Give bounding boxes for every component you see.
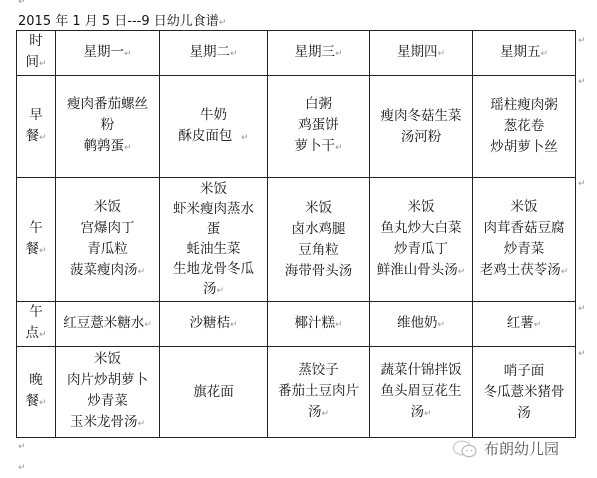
header-row: 时 间↵ 星期一↵ 星期二↵ 星期三↵ 星期四↵ 星期五↵	[17, 31, 576, 76]
header-day-friday: 星期五↵	[473, 31, 576, 76]
slot-label-breakfast: 早 餐↵	[17, 76, 56, 178]
title-text: 2015 年 1 月 5 日---9 日幼儿食谱	[18, 14, 219, 29]
page-title: 2015 年 1 月 5 日---9 日幼儿食谱↵	[18, 10, 226, 29]
meal-cell: 米饭 宫爆肉丁 青瓜粒 菠菜瘦肉汤↵	[56, 178, 160, 302]
meal-cell: 米饭 鱼丸炒大白菜 炒青瓜丁 鲜淮山骨头汤↵	[370, 178, 473, 302]
meal-cell: 蔬菜什锦拌饭 鱼头眉豆花生 汤↵	[370, 347, 473, 438]
watermark-text: 布朗幼儿园	[484, 438, 559, 459]
menu-table: 时 间↵ 星期一↵ 星期二↵ 星期三↵ 星期四↵ 星期五↵ 早 餐↵ 瘦肉番茄螺…	[16, 30, 576, 438]
breakfast-row: 早 餐↵ 瘦肉番茄螺丝 粉 鹌鹑蛋↵ 牛奶 酥皮面包 ↵ 白粥 鸡蛋饼 萝卜干↵…	[17, 76, 576, 178]
header-time-cell: 时 间↵	[17, 31, 56, 76]
header-day-thursday: 星期四↵	[370, 31, 473, 76]
meal-cell: 维他奶↵	[370, 302, 473, 347]
meal-cell: 瑶柱瘦肉粥 葱花卷 炒胡萝卜丝	[473, 76, 576, 178]
meal-cell: 瘦肉番茄螺丝 粉 鹌鹑蛋↵	[56, 76, 160, 178]
meal-cell: 红薯↵	[473, 302, 576, 347]
row-end-mark: ↵	[578, 179, 586, 189]
cell-line: 时	[19, 31, 53, 52]
row-end-mark: ↵	[578, 304, 586, 314]
meal-cell: 瘦肉冬菇生菜 汤河粉	[370, 76, 473, 178]
dinner-row: 晚 餐↵ 米饭 肉片炒胡萝卜 炒青菜 玉米龙骨汤↵ 旗花面 蒸饺子 番茄土豆肉片…	[17, 347, 576, 438]
row-end-mark: ↵	[578, 349, 586, 359]
cell-line: 间↵	[19, 52, 53, 75]
slot-label-lunch: 午 餐↵	[17, 178, 56, 302]
paragraph-mark: ↵	[18, 442, 26, 452]
meal-cell: 旗花面	[160, 347, 268, 438]
header-day-tuesday: 星期二↵	[160, 31, 268, 76]
row-end-mark: ↵	[578, 77, 586, 87]
row-end-mark: ↵	[578, 36, 586, 46]
slot-label-snack: 午 点↵	[17, 302, 56, 347]
wechat-icon	[452, 439, 478, 459]
meal-cell: 白粥 鸡蛋饼 萝卜干↵	[268, 76, 370, 178]
meal-cell: 沙糖桔↵	[160, 302, 268, 347]
lunch-row: 午 餐↵ 米饭 宫爆肉丁 青瓜粒 菠菜瘦肉汤↵ 米饭 虾米瘦肉蒸水 蛋 蚝油生菜…	[17, 178, 576, 302]
meal-cell: 米饭 虾米瘦肉蒸水 蛋 蚝油生菜 生地龙骨冬瓜 汤↵	[160, 178, 268, 302]
header-day-monday: 星期一↵	[56, 31, 160, 76]
watermark: 布朗幼儿园	[452, 438, 559, 459]
meal-cell: 哨子面 冬瓜薏米猪骨 汤	[473, 347, 576, 438]
meal-cell: 牛奶 酥皮面包 ↵	[160, 76, 268, 178]
paragraph-mark: ↵	[219, 18, 227, 28]
meal-cell: 米饭 卤水鸡腿 豆角粒 海带骨头汤	[268, 178, 370, 302]
meal-cell: 红豆薏米糖水↵	[56, 302, 160, 347]
meal-cell: 椰汁糕↵	[268, 302, 370, 347]
paragraph-mark: ↵	[18, 463, 26, 473]
meal-cell: 米饭 肉片炒胡萝卜 炒青菜 玉米龙骨汤↵	[56, 347, 160, 438]
meal-cell: 蒸饺子 番茄土豆肉片 汤↵	[268, 347, 370, 438]
meal-cell: 米饭 肉茸香菇豆腐 炒青菜 老鸡土茯苓汤↵	[473, 178, 576, 302]
snack-row: 午 点↵ 红豆薏米糖水↵ 沙糖桔↵ 椰汁糕↵ 维他奶↵ 红薯↵	[17, 302, 576, 347]
header-day-wednesday: 星期三↵	[268, 31, 370, 76]
slot-label-dinner: 晚 餐↵	[17, 347, 56, 438]
paragraph-mark: ↵	[18, 0, 26, 7]
